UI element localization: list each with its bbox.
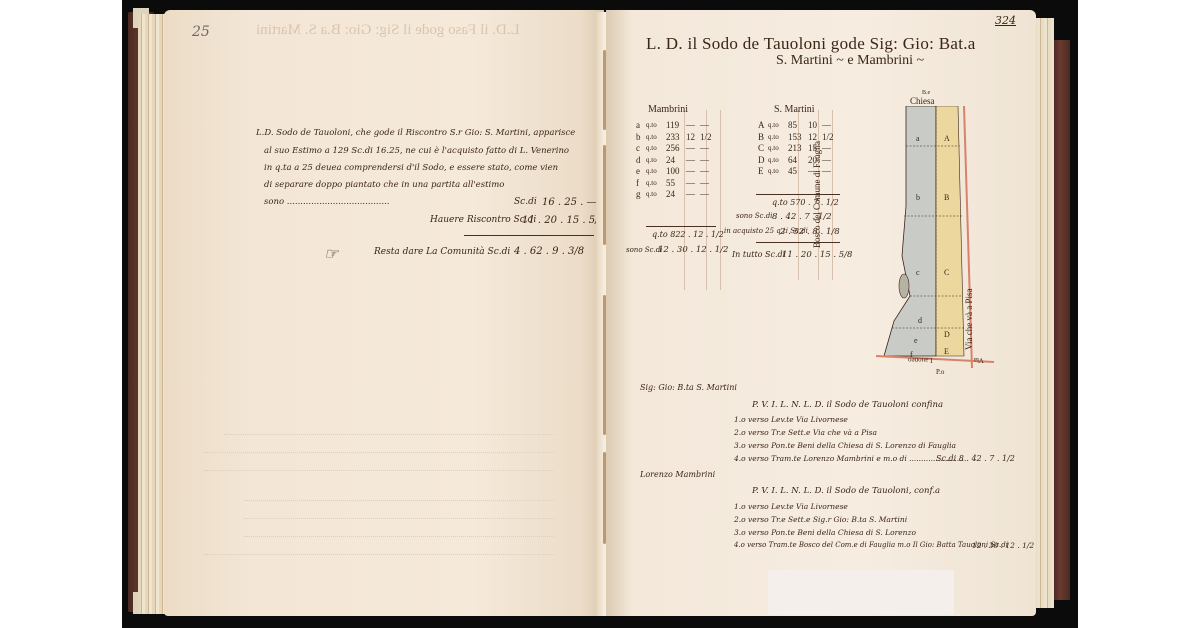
entry-line: sono ...................................… bbox=[264, 197, 389, 207]
plan-parcel-label: E bbox=[944, 347, 949, 356]
boundary-line: 1.o verso Lev.te Via Livornese bbox=[734, 415, 848, 424]
plan-parcel-label: A bbox=[944, 134, 950, 143]
folio-number: 324 bbox=[995, 14, 1016, 27]
mambrini-sum-value: 12 . 30 . 12 . 1/2 bbox=[658, 245, 728, 255]
martini-sum-label: sono Sc.di bbox=[736, 212, 772, 220]
bleed-through-text bbox=[244, 496, 554, 501]
table-martini: Aq.to8510— Bq.to153121/2 Cq.to21315— Dq.… bbox=[758, 120, 836, 178]
page-heading-line1: L. D. il Sodo de Tauoloni gode Sig: Gio:… bbox=[646, 34, 976, 54]
table-row: bq.to233121/2 bbox=[636, 132, 714, 144]
table-title-mambrini: Mambrini bbox=[648, 104, 688, 115]
owner-name: Lorenzo Mambrini bbox=[640, 470, 715, 479]
martini-final-value: 11 . 20 . 15 . 5/8 bbox=[782, 250, 852, 260]
table-mambrini: aq.to119—— bq.to233121/2 cq.to256—— dq.t… bbox=[636, 120, 714, 201]
martini-final-label: In tutto Sc.di bbox=[732, 250, 785, 259]
martini-acquisto-value: 2 . 52 . 8 . 1/8 bbox=[780, 227, 840, 237]
plan-top-label: Chiesa bbox=[910, 96, 935, 106]
sum-rule bbox=[756, 242, 840, 243]
boundary-line: 2.o verso Tr.e Sett.e Via che và a Pisa bbox=[734, 428, 877, 437]
right-page: 324 L. D. il Sodo de Tauoloni gode Sig: … bbox=[606, 10, 1036, 616]
plan-parcel-label: b bbox=[916, 193, 920, 202]
ledger-rule bbox=[720, 110, 721, 290]
plan-left-side-label: Bosco del Comune di Fauglia bbox=[812, 48, 822, 248]
boundary-line: 2.o verso Tr.e Sett.e Sig.r Gio: B.ta S.… bbox=[734, 515, 907, 524]
entry-line: L.D. Sodo de Tauoloni, che gode il Risco… bbox=[256, 128, 575, 138]
table-row: eq.to100—— bbox=[636, 166, 714, 178]
left-page: 25 L.D. il Faso gode il Sig: Gio: B.a S.… bbox=[164, 10, 604, 616]
entry-line: in q.ta a 25 deuea comprendersi d'il Sod… bbox=[264, 163, 558, 173]
boundaries-heading: P. V. I. L. N. L. D. il Sodo de Tauoloni… bbox=[752, 486, 940, 496]
sum-rule bbox=[464, 235, 594, 236]
owner-name: Sig: Gio: B.ta S. Martini bbox=[640, 383, 737, 392]
boundary-line: 4.o verso Tram.te Lorenzo Mambrini e m.o… bbox=[734, 454, 966, 463]
folio-number: 25 bbox=[192, 24, 210, 40]
balance-label: Resta dare La Comunità Sc.di bbox=[374, 247, 510, 257]
boundary-value: Sc.di 8 . 42 . 7 . 1/2 bbox=[936, 454, 1015, 463]
table-row: Cq.to21315— bbox=[758, 143, 836, 155]
table-row: Aq.to8510— bbox=[758, 120, 836, 132]
boundaries-heading: P. V. I. L. N. L. D. il Sodo de Tauoloni… bbox=[752, 400, 943, 410]
plan-bottom-label: Via bbox=[974, 356, 984, 364]
pointing-hand-icon: ☞ bbox=[324, 244, 338, 263]
table-row: cq.to256—— bbox=[636, 143, 714, 155]
entry-line: di separare doppo piantato che in una pa… bbox=[264, 180, 504, 190]
boundary-line: 4.o verso Tram.te Bosco del Com.e di Fau… bbox=[734, 541, 1008, 549]
mambrini-total: q.to 822 . 12 . 1/2 bbox=[652, 230, 724, 239]
martini-sum-value: 8 . 42 . 7 . 1/2 bbox=[772, 212, 832, 222]
bleed-through-text bbox=[204, 448, 554, 453]
credit-label: Hauere Riscontro Sc.di bbox=[430, 215, 536, 225]
table-row: fq.to55—— bbox=[636, 178, 714, 190]
plan-drawing bbox=[876, 106, 996, 396]
credit-value: 11 . 20 . 15 . 5/8 bbox=[522, 215, 605, 226]
boundary-line: 3.o verso Pon.te Beni della Chiesa di S.… bbox=[734, 528, 916, 537]
sum-rule bbox=[646, 226, 716, 227]
balance-value: 4 . 62 . 9 . 3/8 bbox=[514, 246, 584, 257]
bleed-through-text bbox=[244, 514, 554, 519]
entry-line: al suo Estimo a 129 Sc.di 16.25, ne cui … bbox=[264, 146, 569, 156]
table-row: Dq.to6420— bbox=[758, 155, 836, 167]
plan-bottom-road: Lauoneo bbox=[908, 356, 933, 364]
table-row: dq.to24—— bbox=[636, 155, 714, 167]
table-row: aq.to119—— bbox=[636, 120, 714, 132]
martini-total: q.to 570 . 7 . 1/2 bbox=[772, 198, 839, 207]
boundary-line: 1.o verso Lev.te Via Livornese bbox=[734, 502, 848, 511]
bleed-through-text bbox=[224, 430, 554, 435]
boundary-line: 3.o verso Pon.te Beni della Chiesa di S.… bbox=[734, 441, 956, 450]
bleed-through-text bbox=[204, 466, 554, 471]
plan-parcel-label: e bbox=[914, 336, 918, 345]
plan-parcel-label: B bbox=[944, 193, 949, 202]
sum-rule bbox=[756, 194, 840, 195]
page-heading-line2: S. Martini ~ e Mambrini ~ bbox=[776, 53, 924, 69]
table-title-martini: S. Martini bbox=[774, 104, 815, 115]
plan-bottom-mark: P.o bbox=[936, 368, 944, 376]
bleed-through-text bbox=[244, 532, 554, 537]
plan-parcel-label: D bbox=[944, 330, 950, 339]
table-row: Eq.to45—— bbox=[758, 166, 836, 178]
bleed-through-heading: L.D. il Faso gode il Sig: Gio: B.a S. Ma… bbox=[256, 22, 520, 39]
plan-parcel-label: a bbox=[916, 134, 920, 143]
plan-parcel-label: C bbox=[944, 268, 949, 277]
total-value: 16 . 25 . — bbox=[542, 197, 597, 208]
bleed-through-text bbox=[204, 550, 554, 555]
plan-parcel-label: c bbox=[916, 268, 920, 277]
plan-parcel-label: d bbox=[918, 316, 922, 325]
table-row: Bq.to153121/2 bbox=[758, 132, 836, 144]
boundary-value: 12 . 30 . 12 . 1/2 bbox=[972, 541, 1034, 550]
plan-right-side-label: Via che và a Pisa bbox=[964, 289, 974, 350]
mambrini-sum-label: sono Sc.di bbox=[626, 246, 662, 254]
table-row: gq.to24—— bbox=[636, 189, 714, 201]
total-label: Sc.di bbox=[514, 197, 537, 207]
paper-slip bbox=[768, 570, 954, 615]
